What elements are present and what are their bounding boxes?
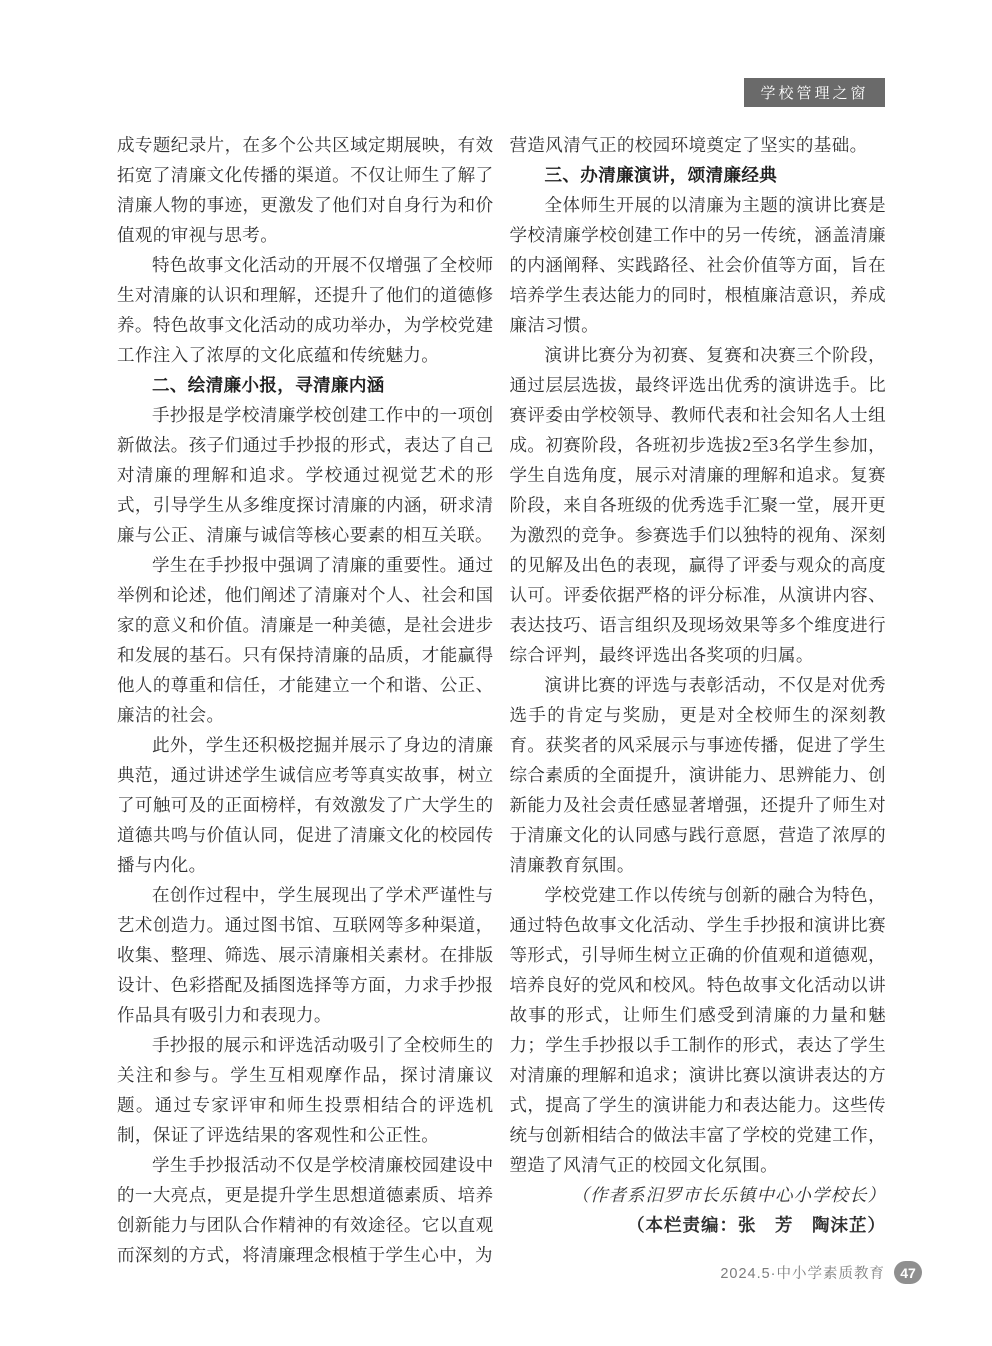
paragraph: 营造风清气正的校园环境奠定了坚实的基础。 (510, 130, 887, 160)
author-note: （作者系汨罗市长乐镇中心小学校长） (510, 1180, 887, 1210)
section-heading: 二、绘清廉小报，寻清廉内涵 (117, 370, 494, 400)
section-heading: 三、办清廉演讲，颂清廉经典 (510, 160, 887, 190)
page-footer: 2024.5·中小学素质教育 47 (720, 1261, 922, 1284)
paragraph: 演讲比赛的评选与表彰活动，不仅是对优秀选手的肯定与奖励，更是对全校师生的深刻教育… (510, 670, 887, 880)
page-number-badge: 47 (894, 1261, 922, 1284)
paragraph: 学生手抄报活动不仅是学校清廉校园建设中的一大亮点，更是提升学生思想道德素质、培养… (117, 1150, 494, 1270)
right-column: 营造风清气正的校园环境奠定了坚实的基础。 三、办清廉演讲，颂清廉经典 全体师生开… (510, 130, 887, 1270)
paragraph: 手抄报的展示和评选活动吸引了全校师生的关注和参与。学生互相观摩作品，探讨清廉议题… (117, 1030, 494, 1150)
paragraph: 学校党建工作以传统与创新的融合为特色，通过特色故事文化活动、学生手抄报和演讲比赛… (510, 880, 887, 1180)
paragraph: 成专题纪录片，在多个公共区域定期展映，有效拓宽了清廉文化传播的渠道。不仅让师生了… (117, 130, 494, 250)
paragraph: 全体师生开展的以清廉为主题的演讲比赛是学校清廉学校创建工作中的另一传统，涵盖清廉… (510, 190, 887, 340)
article-body: 成专题纪录片，在多个公共区域定期展映，有效拓宽了清廉文化传播的渠道。不仅让师生了… (117, 130, 886, 1270)
paragraph: 特色故事文化活动的开展不仅增强了全校师生对清廉的认识和理解，还提升了他们的道德修… (117, 250, 494, 370)
column-header-badge: 学校管理之窗 (744, 78, 885, 107)
magazine-page: 学校管理之窗 成专题纪录片，在多个公共区域定期展映，有效拓宽了清廉文化传播的渠道… (0, 0, 992, 1346)
left-column: 成专题纪录片，在多个公共区域定期展映，有效拓宽了清廉文化传播的渠道。不仅让师生了… (117, 130, 494, 1270)
paragraph: 手抄报是学校清廉学校创建工作中的一项创新做法。孩子们通过手抄报的形式，表达了自己… (117, 400, 494, 550)
editor-note: （本栏责编：张 芳 陶沫芷） (510, 1210, 887, 1240)
paragraph: 学生在手抄报中强调了清廉的重要性。通过举例和论述，他们阐述了清廉对个人、社会和国… (117, 550, 494, 730)
paragraph: 此外，学生还积极挖掘并展示了身边的清廉典范，通过讲述学生诚信应考等真实故事，树立… (117, 730, 494, 880)
paragraph: 在创作过程中，学生展现出了学术严谨性与艺术创造力。通过图书馆、互联网等多种渠道，… (117, 880, 494, 1030)
journal-issue-label: 2024.5·中小学素质教育 (720, 1262, 885, 1283)
paragraph: 演讲比赛分为初赛、复赛和决赛三个阶段，通过层层选拔，最终评选出优秀的演讲选手。比… (510, 340, 887, 670)
